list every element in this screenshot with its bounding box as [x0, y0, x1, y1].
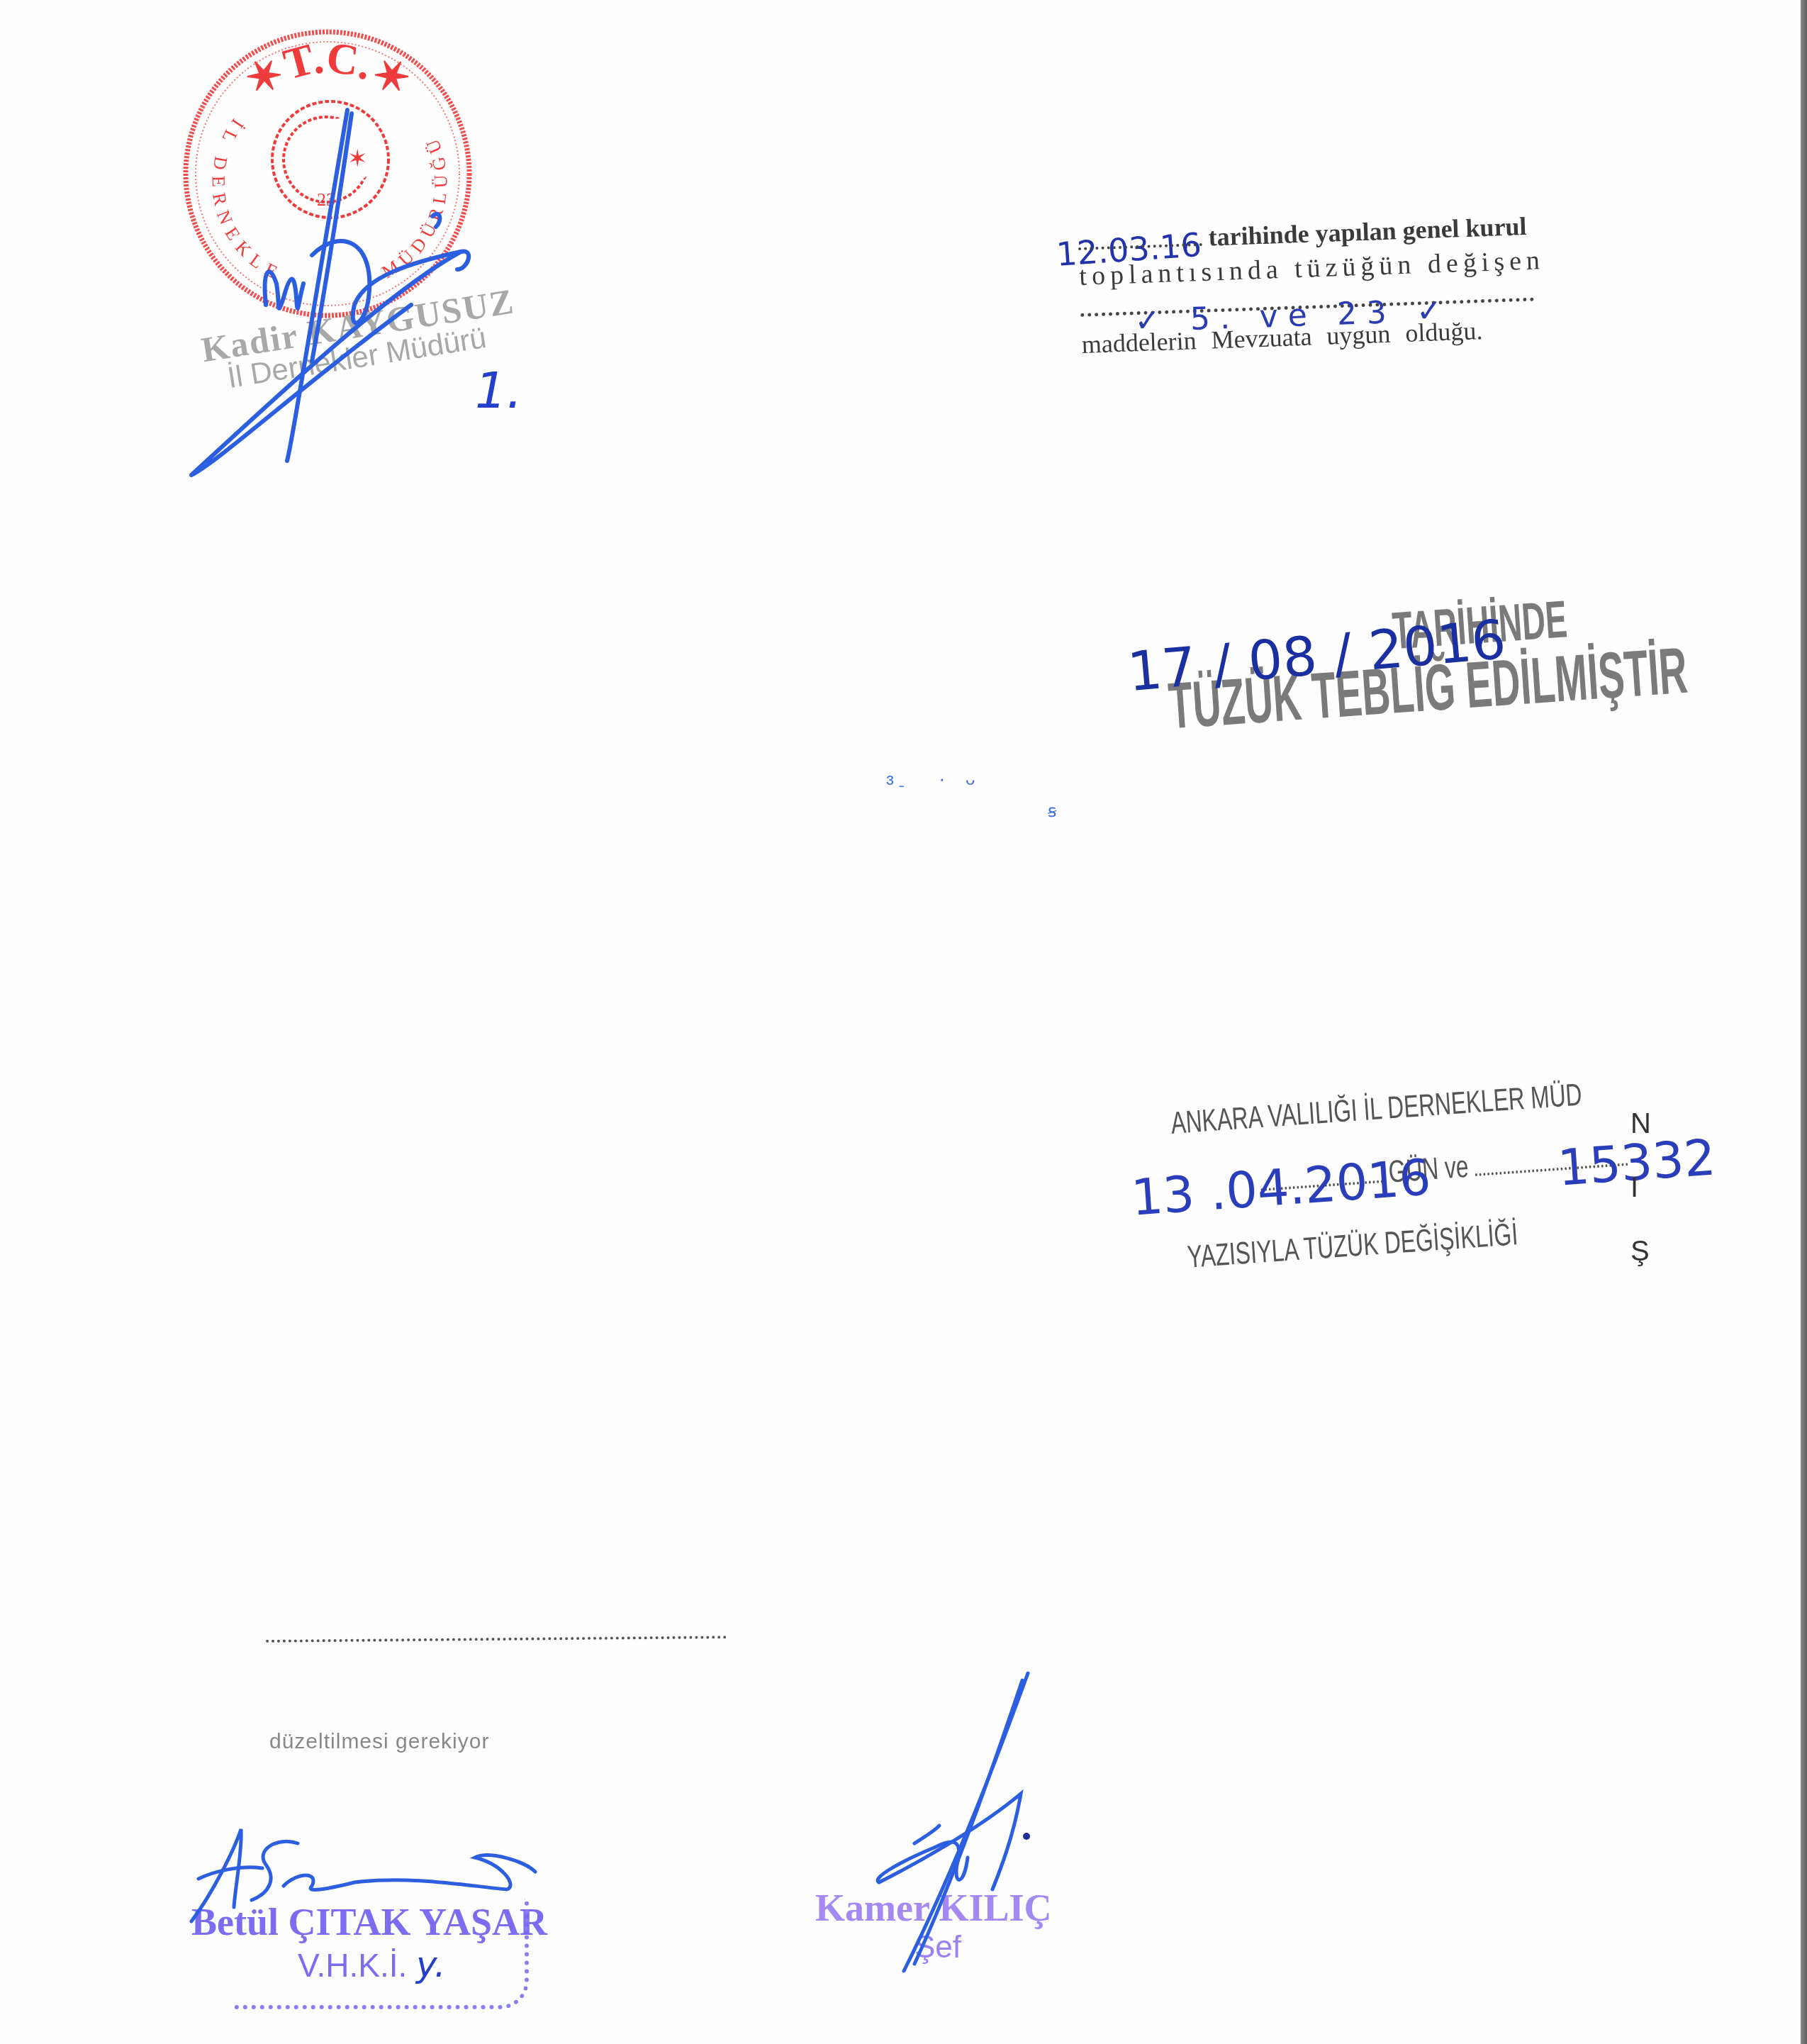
officer-stamp-kamer: Kamer KILIÇ Şef	[815, 1886, 1052, 1965]
document-page: ✶ 23 ✶T.C.✶ İL DERNEKLER MÜDÜRLÜĞÜ Kadir…	[0, 0, 1807, 2044]
faint-text: düzeltilmesi gerekiyor	[269, 1730, 489, 1754]
svg-text:✶: ✶	[347, 146, 368, 172]
officer-title: Şef	[914, 1930, 1052, 1965]
official-seal: ✶ 23 ✶T.C.✶ İL DERNEKLER MÜDÜRLÜĞÜ	[177, 25, 479, 323]
faint-dotted-line	[266, 1636, 727, 1643]
stray-ink-mark: ɜ ˍ ٠ ᴗ	[886, 769, 975, 790]
ankara-line-1: ANKARA VALILIĞI İL DERNEKLER MÜD	[1170, 1076, 1600, 1141]
assembly-line-1: tarihinde yapılan genel kurul	[1208, 212, 1527, 252]
scan-edge	[1801, 0, 1807, 2044]
director-handwritten-mark: 1.	[475, 362, 522, 420]
stamp-edge-fragments: N I Ş	[1630, 1092, 1651, 1283]
officer-stamp-betul: Betül ÇITAK YAŞAR V.H.K.İ. y.	[191, 1900, 518, 2006]
crescent-star-icon: ✶ 23 ✶T.C.✶ İL DERNEKLER MÜDÜRLÜĞÜ	[177, 25, 479, 323]
officer-name: Kamer KILIÇ	[815, 1886, 1052, 1930]
stamp-frame	[234, 1899, 529, 2009]
svg-text:23: 23	[317, 189, 335, 210]
stray-ink-mark: ꞩ	[1048, 801, 1057, 822]
ankara-line-3: YAZISIYLA TÜZÜK DEĞİŞİKLİĞİ	[1186, 1210, 1611, 1275]
